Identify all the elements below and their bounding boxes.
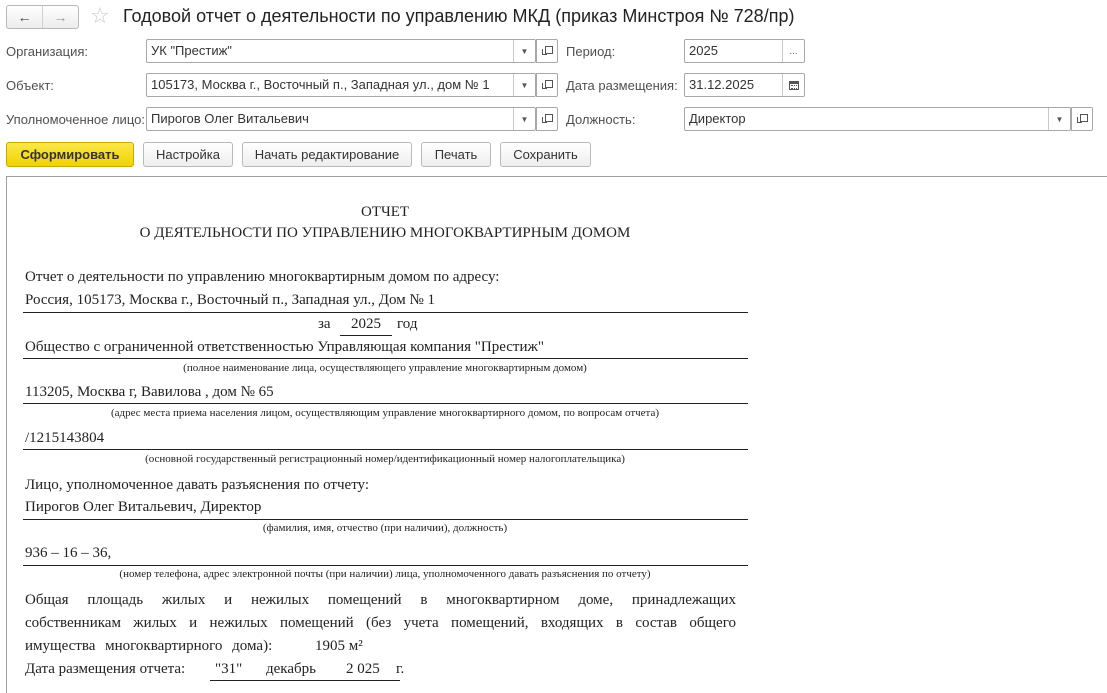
posting-label: Дата размещения отчета: — [25, 661, 185, 678]
calendar-button[interactable] — [782, 74, 804, 96]
posting-day: "31" — [215, 661, 242, 678]
organization-label: Организация: — [6, 44, 88, 59]
settings-button[interactable]: Настройка — [143, 142, 233, 167]
posting-date-field[interactable]: 31.12.2025 — [684, 73, 805, 97]
navigation-buttons: ← → — [6, 5, 79, 29]
open-window-icon — [542, 80, 552, 90]
posting-date-label: Дата размещения: — [566, 78, 678, 93]
company-name: Общество с ограниченной ответственностью… — [25, 339, 544, 356]
registration-caption: (основной государственный регистрационны… — [7, 453, 763, 465]
report-title-line2: О ДЕЯТЕЛЬНОСТИ ПО УПРАВЛЕНИЮ МНОГОКВАРТИ… — [7, 225, 763, 242]
position-field[interactable]: Директор ▼ — [684, 107, 1071, 131]
authorized-person-field[interactable]: Пирогов Олег Витальевич ▼ — [146, 107, 536, 131]
registration-number: /1215143804 — [25, 430, 104, 447]
phone: 936 – 16 – 36, — [25, 545, 111, 562]
window-title: Годовой отчет о деятельности по управлен… — [123, 6, 794, 27]
chevron-down-icon[interactable]: ▼ — [1048, 108, 1070, 130]
organization-value[interactable]: УК "Престиж" — [147, 40, 513, 62]
underline — [23, 403, 748, 404]
authorized-caption: (фамилия, имя, отчество (при наличии), д… — [7, 522, 763, 534]
period-label: Период: — [566, 44, 615, 59]
authorized-person-label: Уполномоченное лицо: — [6, 112, 145, 127]
authorized-person-value[interactable]: Пирогов Олег Витальевич — [147, 108, 513, 130]
forward-arrow-icon[interactable]: → — [43, 6, 78, 28]
period-value[interactable]: 2025 — [685, 40, 782, 62]
posting-date-value[interactable]: 31.12.2025 — [685, 74, 782, 96]
house-address: Россия, 105173, Москва г., Восточный п.,… — [25, 292, 435, 309]
area-line2: собственникам жилых и нежилых помещений … — [25, 615, 736, 632]
open-window-icon — [542, 114, 552, 124]
report-year: 2025 — [340, 316, 392, 333]
object-label: Объект: — [6, 78, 54, 93]
start-editing-button[interactable]: Начать редактирование — [242, 142, 412, 167]
underline — [23, 358, 748, 359]
area-line3: имущества многоквартирного дома): — [25, 638, 272, 655]
period-select-button[interactable]: ... — [782, 40, 804, 62]
report-title-line1: ОТЧЕТ — [7, 204, 763, 221]
report-document-area[interactable]: ОТЧЕТ О ДЕЯТЕЛЬНОСТИ ПО УПРАВЛЕНИЮ МНОГО… — [6, 176, 1107, 693]
area-value: 1905 м² — [315, 638, 363, 655]
underline — [23, 519, 748, 520]
back-arrow-icon[interactable]: ← — [7, 6, 43, 28]
reception-caption: (адрес места приема населения лицом, осу… — [7, 407, 763, 419]
reception-address: 113205, Москва г, Вавилова , дом № 65 — [25, 384, 274, 401]
posting-suffix: г. — [396, 661, 404, 678]
underline — [210, 680, 400, 681]
organization-field[interactable]: УК "Престиж" ▼ — [146, 39, 536, 63]
chevron-down-icon[interactable]: ▼ — [513, 40, 535, 62]
posting-year: 2 025 — [346, 661, 380, 678]
authorized-name: Пирогов Олег Витальевич, Директор — [25, 499, 261, 516]
print-button[interactable]: Печать — [421, 142, 491, 167]
year-suffix: год — [397, 316, 417, 333]
address-intro: Отчет о деятельности по управлению много… — [25, 269, 499, 286]
underline — [23, 565, 748, 566]
object-value[interactable]: 105173, Москва г., Восточный п., Западна… — [147, 74, 513, 96]
position-value[interactable]: Директор — [685, 108, 1048, 130]
authorized-intro: Лицо, уполномоченное давать разъяснения … — [25, 477, 369, 494]
authorized-person-open-button[interactable] — [536, 107, 558, 131]
open-window-icon — [542, 46, 552, 56]
generate-button[interactable]: Сформировать — [6, 142, 134, 167]
object-open-button[interactable] — [536, 73, 558, 97]
phone-caption: (номер телефона, адрес электронной почты… — [7, 568, 763, 580]
favorite-star-icon[interactable]: ☆ — [90, 3, 110, 29]
year-prefix: за — [318, 316, 331, 333]
company-caption: (полное наименование лица, осуществляюще… — [7, 362, 763, 374]
save-button[interactable]: Сохранить — [500, 142, 591, 167]
open-window-icon — [1077, 114, 1087, 124]
underline — [23, 312, 748, 313]
period-field[interactable]: 2025 ... — [684, 39, 805, 63]
position-label: Должность: — [566, 112, 635, 127]
underline — [340, 335, 392, 336]
chevron-down-icon[interactable]: ▼ — [513, 108, 535, 130]
underline — [23, 449, 748, 450]
chevron-down-icon[interactable]: ▼ — [513, 74, 535, 96]
organization-open-button[interactable] — [536, 39, 558, 63]
object-field[interactable]: 105173, Москва г., Восточный п., Западна… — [146, 73, 536, 97]
position-open-button[interactable] — [1071, 107, 1093, 131]
posting-month: декабрь — [266, 661, 316, 678]
calendar-icon — [789, 81, 799, 90]
area-line1: Общая площадь жилых и нежилых помещений … — [25, 592, 736, 609]
